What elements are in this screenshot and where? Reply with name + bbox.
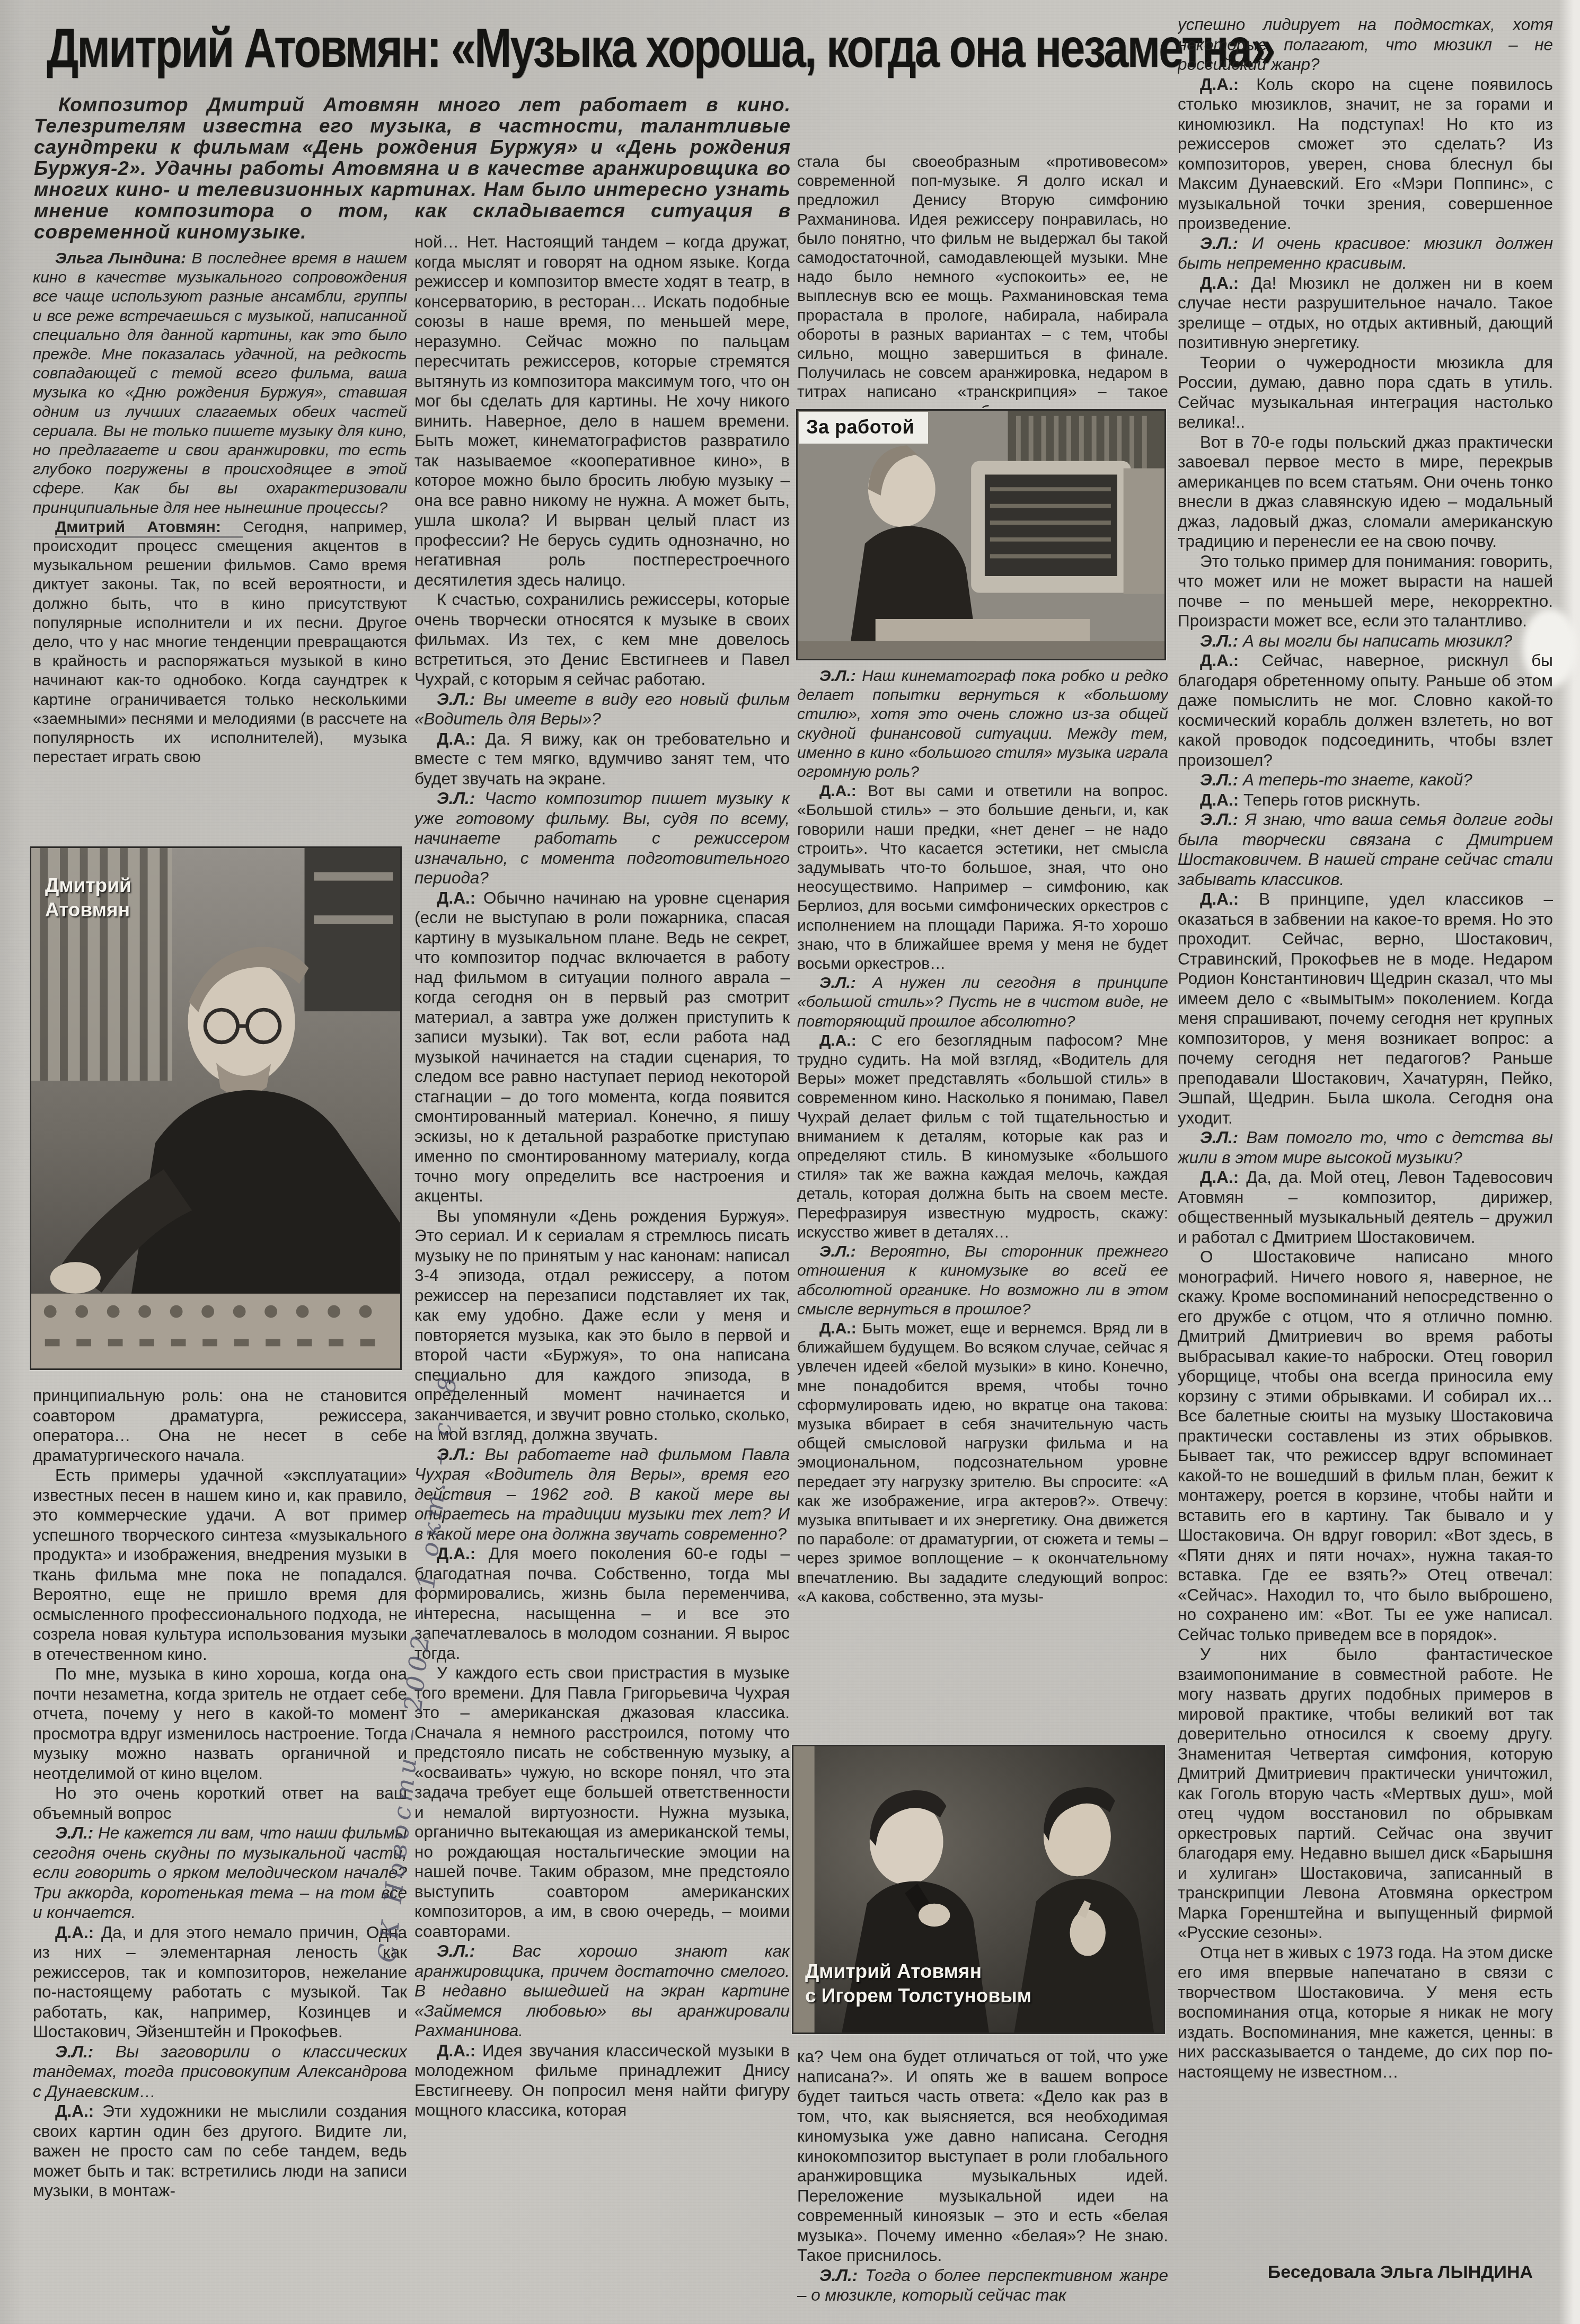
speaker-label: Д.А.: [1200,889,1259,908]
photo-label-at-work: За работой [799,412,928,444]
article-paragraph: Вот в 70-е годы польский джаз практическ… [1178,432,1553,552]
article-paragraph: успешно лидирует на подмостках, хотя нек… [1178,15,1553,75]
speaker-label: Д.А.: [1200,790,1243,809]
page-right-edge [1559,0,1580,2324]
article-paragraph: Э.Л.: А нужен ли сегодня в принципе «бол… [797,974,1168,1031]
article-paragraph: Э.Л.: Вам помогло то, что с детства вы ж… [1178,1128,1553,1168]
article-paragraph: Д.А.: Теперь готов рискнуть. [1178,790,1553,810]
page-left-shadow [0,0,24,2324]
photo-illustration [798,411,1164,659]
speaker-label: Д.А.: [1200,1168,1246,1187]
article-paragraph: Д.А.: В принципе, удел классиков – оказа… [1178,889,1553,1128]
article-paragraph: ной… Нет. Настоящий тандем – когда дружа… [414,232,790,590]
speaker-label: Э.Л.: [819,667,862,685]
speaker-label: Д.А.: [1200,651,1261,670]
speaker-label: Э.Л.: [819,1243,870,1260]
speaker-label: Д.А.: [1200,273,1251,293]
article-paragraph: Есть примеры удачной «эксплуатации» изве… [33,1465,407,1664]
article-paragraph: стала бы своеобразным «противовесом» сов… [797,153,1168,408]
speaker-label: Д.А.: [55,2101,102,2120]
article-paragraph: Э.Л.: Наш кинематограф пока робко и редк… [797,667,1168,782]
page-title: Дмитрий Атовмян: «Музыка хороша, когда о… [47,16,1131,99]
speaker-label: Э.Л.: [1200,1128,1246,1147]
article-paragraph: ка? Чем она будет отличаться от той, что… [797,2047,1168,2266]
article-paragraph: Д.А.: Для моего поколения 60-е годы – бл… [414,1544,790,1663]
speaker-label: Э.Л.: [1200,631,1243,650]
speaker-label: Эльга Лындина: [55,250,192,267]
article-paragraph: Д.А.: Вот вы сами и ответили на вопрос. … [797,782,1168,974]
article-paragraph: Но это очень короткий ответ на ваш объем… [33,1783,407,1823]
article-paragraph: Д.А.: Коль скоро на сцене появилось стол… [1178,75,1553,234]
speaker-label: Э.Л.: [819,974,872,992]
article-paragraph: Э.Л.: Часто композитор пишет музыку к уж… [414,789,790,888]
article-paragraph: О Шостаковиче написано много монографий.… [1178,1247,1553,1645]
article-column-3-top: стала бы своеобразным «противовесом» сов… [797,153,1168,408]
speaker-label: Э.Л.: [55,1823,98,1842]
article-paragraph: Э.Л.: Не кажется ли вам, что наши фильмы… [33,1823,407,1923]
speaker-label: Э.Л.: [1200,810,1245,829]
speaker-label: Д.А.: [819,1320,862,1337]
article-column-3-bottom: ка? Чем она будет отличаться от той, что… [797,2047,1168,2322]
photo-with-tolstunov: Дмитрий Атовмянс Игорем Толстуновым [792,1745,1165,2034]
article-paragraph: Э.Л.: А теперь-то знаете, какой? [1178,770,1553,790]
speaker-label: Д.А.: [437,888,483,907]
article-paragraph: Это только пример для понимания: говорит… [1178,552,1553,631]
article-paragraph: Э.Л.: Я знаю, что ваша семья долгие годы… [1178,810,1553,889]
article-column-4: успешно лидирует на подмостках, хотя нек… [1178,15,1553,2250]
article-paragraph: К счастью, сохранились режиссеры, которы… [414,590,790,690]
article-paragraph: Д.А.: Да, да. Мой отец, Левон Тадевосови… [1178,1168,1553,1247]
article-paragraph: Э.Л.: Вы работаете над фильмом Павла Чух… [414,1445,790,1544]
article-paragraph: принципиальную роль: она не становится с… [33,1386,407,1465]
article-paragraph: Д.А.: Сейчас, наверное, рискнул бы благо… [1178,651,1553,770]
article-paragraph: Э.Л.: И очень красивое: мюзикл должен бы… [1178,234,1553,273]
article-column-2: ной… Нет. Настоящий тандем – когда дружа… [414,232,790,2324]
speaker-label: Д.А.: [55,1923,101,1942]
photo-caption-with-tolstunov: Дмитрий Атовмянс Игорем Толстуновым [805,1959,1031,2008]
photo-caption-atovmyan: ДмитрийАтовмян [45,873,131,922]
photo-atovmyan-at-console: ДмитрийАтовмян [30,846,402,1370]
speaker-label: Э.Л.: [437,1941,513,1960]
article-paragraph: По мне, музыка в кино хороша, когда она … [33,1664,407,1783]
article-paragraph: У каждого есть свои пристрастия в музыке… [414,1663,790,1941]
article-paragraph: Д.А.: Идея звучания классической музыки … [414,2041,790,2120]
newspaper-page-scan: { "article": { "title": "Дмитрий Атовмян… [0,0,1580,2324]
article-paragraph: Э.Л.: Вероятно, Вы сторонник прежнего от… [797,1242,1168,1319]
speaker-label: Э.Л.: [819,2266,865,2285]
speaker-label: Д.А.: [1200,75,1256,94]
speaker-label: Э.Л.: [1200,770,1243,789]
article-paragraph: Д.А.: Да! Мюзикл не должен ни в коем слу… [1178,273,1553,353]
article-byline: Беседовала Эльга ЛЫНДИНА [1178,2262,1533,2283]
article-paragraph: Д.А.: Да, и для этого немало причин, Одн… [33,1923,407,2042]
article-column-1-bottom: принципиальную роль: она не становится с… [33,1386,407,2323]
speaker-label: Э.Л.: [437,690,483,709]
article-paragraph: Д.А.: Обычно начинаю на уровне сценария … [414,888,790,1206]
article-paragraph: Э.Л.: Вас хорошо знают как аранжировщика… [414,1941,790,2041]
lead-paragraph: Композитор Дмитрий Атовмян много лет раб… [34,94,791,243]
speaker-label: Э.Л.: [55,2042,116,2061]
article-paragraph: Э.Л.: Тогда о более перспективном жанре … [797,2266,1168,2305]
speaker-label: Д.А.: [437,729,486,748]
article-paragraph: Вы упомянули «День рождения Буржуя». Это… [414,1206,790,1445]
speaker-label: Дмитрий Атовмян: [55,518,243,538]
article-paragraph: Д.А.: Эти художники не мыслили создания … [33,2101,407,2201]
article-column-1-top: Эльга Лындина: В последнее время в нашем… [33,249,407,844]
article-paragraph: Д.А.: Да. Я вижу, как он требовательно и… [414,729,790,789]
article-paragraph: Э.Л.: Вы имеете в виду его новый фильм «… [414,690,790,729]
article-paragraph: Эльга Лындина: В последнее время в нашем… [33,249,407,518]
photo-at-work: За работой [796,409,1166,660]
article-paragraph: Э.Л.: А вы могли бы написать мюзикл? [1178,631,1553,651]
keyboard-icon [876,619,1090,641]
article-paragraph: Дмитрий Атовмян: Сегодня, например, прои… [33,518,407,767]
photo-illustration [31,848,400,1368]
article-paragraph: Д.А.: Быть может, еще и вернемся. Вряд л… [797,1319,1168,1607]
article-column-3-middle: Э.Л.: Наш кинематограф пока робко и редк… [797,667,1168,1739]
speaker-label: Э.Л.: [437,789,484,808]
speaker-label: Д.А.: [437,2041,482,2060]
speaker-label: Д.А.: [819,782,868,800]
article-paragraph: Э.Л.: Вы заговорили о классических танде… [33,2042,407,2102]
speaker-label: Э.Л.: [1200,234,1251,253]
article-paragraph: Отца нет в живых с 1973 года. На этом ди… [1178,1943,1553,2082]
article-paragraph: Д.А.: С его безоглядным пафосом? Мне тру… [797,1031,1168,1242]
article-paragraph: У них было фантастическое взаимопонимани… [1178,1645,1553,1943]
article-paragraph: Теории о чужеродности мюзикла для России… [1178,353,1553,432]
speaker-label: Д.А.: [819,1032,871,1049]
speaker-label: Д.А.: [437,1544,489,1563]
